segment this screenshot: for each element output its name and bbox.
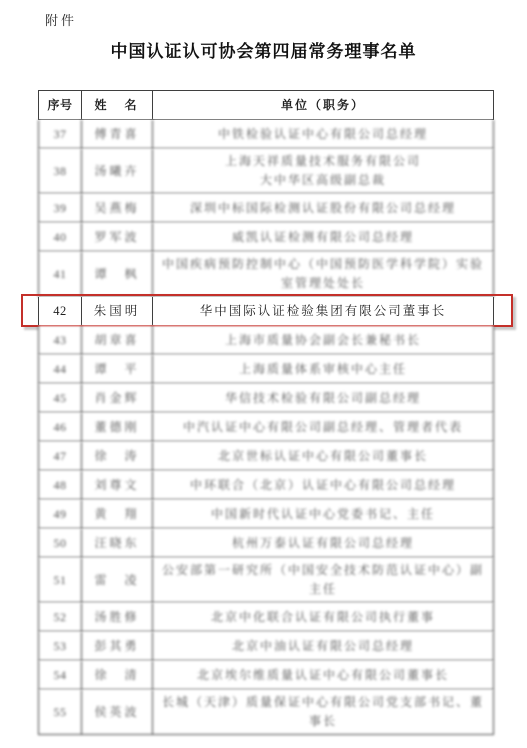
row-number-cell: 54	[38, 661, 82, 689]
name-cell: 朱国明	[82, 297, 153, 325]
name-cell: 徐 涛	[82, 442, 153, 470]
unit-cell: 杭州万泰认证有限公司总经理	[153, 529, 494, 557]
name-cell: 徐 清	[82, 661, 153, 689]
row-number-cell: 41	[38, 252, 82, 296]
unit-cell: 长城（天津）质量保证中心有限公司党支部书记、董事长	[153, 690, 494, 734]
name-cell: 汪晓东	[82, 529, 153, 557]
table-row: 39 吴燕梅 深圳中标国际检测认证股份有限公司总经理	[38, 194, 494, 223]
name-cell: 董德刚	[82, 413, 153, 441]
table-row: 55 侯英波 长城（天津）质量保证中心有限公司党支部书记、董事长	[38, 690, 494, 735]
name-cell: 谭 枫	[82, 252, 153, 296]
row-number-cell: 40	[38, 223, 82, 251]
unit-cell: 威凯认证检测有限公司总经理	[153, 223, 494, 251]
row-number-cell: 48	[38, 471, 82, 499]
row-number-cell: 45	[38, 384, 82, 412]
unit-cell: 北京中油认证有限公司总经理	[153, 632, 494, 660]
row-number-cell: 37	[38, 120, 82, 148]
name-cell: 侯英波	[82, 690, 153, 734]
name-cell: 汤胜修	[82, 603, 153, 631]
unit-cell: 上海市质量协会副会长兼秘书长	[153, 326, 494, 354]
name-cell: 谭 平	[82, 355, 153, 383]
table-row: 52 汤胜修 北京中化联合认证有限公司执行董事	[38, 603, 494, 632]
unit-cell: 中汽认证中心有限公司副总经理、管理者代表	[153, 413, 494, 441]
table-row: 41 谭 枫 中国疾病预防控制中心（中国预防医学科学院）实验室管理处处长	[38, 252, 494, 297]
attachment-label: 附件	[45, 10, 77, 29]
unit-cell: 北京埃尔维质量认证中心有限公司董事长	[153, 661, 494, 689]
name-cell: 肖金辉	[82, 384, 153, 412]
unit-cell: 北京中化联合认证有限公司执行董事	[153, 603, 494, 631]
name-cell: 傅青喜	[82, 120, 153, 148]
unit-cell: 中国疾病预防控制中心（中国预防医学科学院）实验室管理处处长	[153, 252, 494, 296]
row-number-cell: 43	[38, 326, 82, 354]
unit-cell: 中铁检验认证中心有限公司总经理	[153, 120, 494, 148]
row-number-cell: 46	[38, 413, 82, 441]
table-row: 46 董德刚 中汽认证中心有限公司副总经理、管理者代表	[38, 413, 494, 442]
unit-cell: 上海天祥质量技术服务有限公司 大中华区高级副总裁	[153, 149, 494, 193]
name-cell: 黄 翔	[82, 500, 153, 528]
table-row: 47 徐 涛 北京世标认证中心有限公司董事长	[38, 442, 494, 471]
row-number-cell: 52	[38, 603, 82, 631]
table-row: 38 汤曦卉 上海天祥质量技术服务有限公司 大中华区高级副总裁	[38, 149, 494, 194]
table-row: 40 罗军波 威凯认证检测有限公司总经理	[38, 223, 494, 252]
table-row: 42 朱国明 华中国际认证检验集团有限公司董事长	[38, 297, 494, 326]
unit-cell: 公安部第一研究所（中国安全技术防范认证中心）副主任	[153, 558, 494, 602]
table-header-row: 序号 姓 名 单位（职务）	[38, 90, 494, 120]
table-row: 49 黄 翔 中国新时代认证中心党委书记、主任	[38, 500, 494, 529]
unit-cell: 中国新时代认证中心党委书记、主任	[153, 500, 494, 528]
column-header-name: 姓 名	[82, 91, 153, 119]
table-row: 44 谭 平 上海质量体系审核中心主任	[38, 355, 494, 384]
row-number-cell: 47	[38, 442, 82, 470]
row-number-cell: 38	[38, 149, 82, 193]
row-number-cell: 50	[38, 529, 82, 557]
table-row: 53 彭其勇 北京中油认证有限公司总经理	[38, 632, 494, 661]
row-number-cell: 53	[38, 632, 82, 660]
row-number-cell: 44	[38, 355, 82, 383]
row-number-cell: 42	[38, 297, 82, 325]
unit-cell: 深圳中标国际检测认证股份有限公司总经理	[153, 194, 494, 222]
row-number-cell: 55	[38, 690, 82, 734]
row-number-cell: 51	[38, 558, 82, 602]
table-row: 43 胡章喜 上海市质量协会副会长兼秘书长	[38, 326, 494, 355]
document-page: 附件 中国认证认可协会第四届常务理事名单 序号 姓 名 单位（职务） 37 傅青…	[0, 0, 527, 748]
name-cell: 彭其勇	[82, 632, 153, 660]
unit-cell: 北京世标认证中心有限公司董事长	[153, 442, 494, 470]
unit-cell: 上海质量体系审核中心主任	[153, 355, 494, 383]
name-cell: 罗军波	[82, 223, 153, 251]
table-row: 45 肖金辉 华信技术检验有限公司副总经理	[38, 384, 494, 413]
column-header-no: 序号	[38, 91, 82, 119]
name-cell: 胡章喜	[82, 326, 153, 354]
council-table: 序号 姓 名 单位（职务） 37 傅青喜 中铁检验认证中心有限公司总经理 38 …	[38, 90, 494, 735]
table-row: 50 汪晓东 杭州万泰认证有限公司总经理	[38, 529, 494, 558]
unit-cell: 华信技术检验有限公司副总经理	[153, 384, 494, 412]
name-cell: 吴燕梅	[82, 194, 153, 222]
row-number-cell: 39	[38, 194, 82, 222]
name-cell: 刘尊文	[82, 471, 153, 499]
table-row: 54 徐 清 北京埃尔维质量认证中心有限公司董事长	[38, 661, 494, 690]
page-title: 中国认证认可协会第四届常务理事名单	[0, 37, 527, 62]
unit-cell: 华中国际认证检验集团有限公司董事长	[153, 297, 494, 325]
row-number-cell: 49	[38, 500, 82, 528]
table-row: 37 傅青喜 中铁检验认证中心有限公司总经理	[38, 120, 494, 149]
name-cell: 雷 凌	[82, 558, 153, 602]
table-row: 48 刘尊文 中环联合（北京）认证中心有限公司总经理	[38, 471, 494, 500]
unit-cell: 中环联合（北京）认证中心有限公司总经理	[153, 471, 494, 499]
table-row: 51 雷 凌 公安部第一研究所（中国安全技术防范认证中心）副主任	[38, 558, 494, 603]
column-header-unit: 单位（职务）	[153, 91, 494, 119]
name-cell: 汤曦卉	[82, 149, 153, 193]
